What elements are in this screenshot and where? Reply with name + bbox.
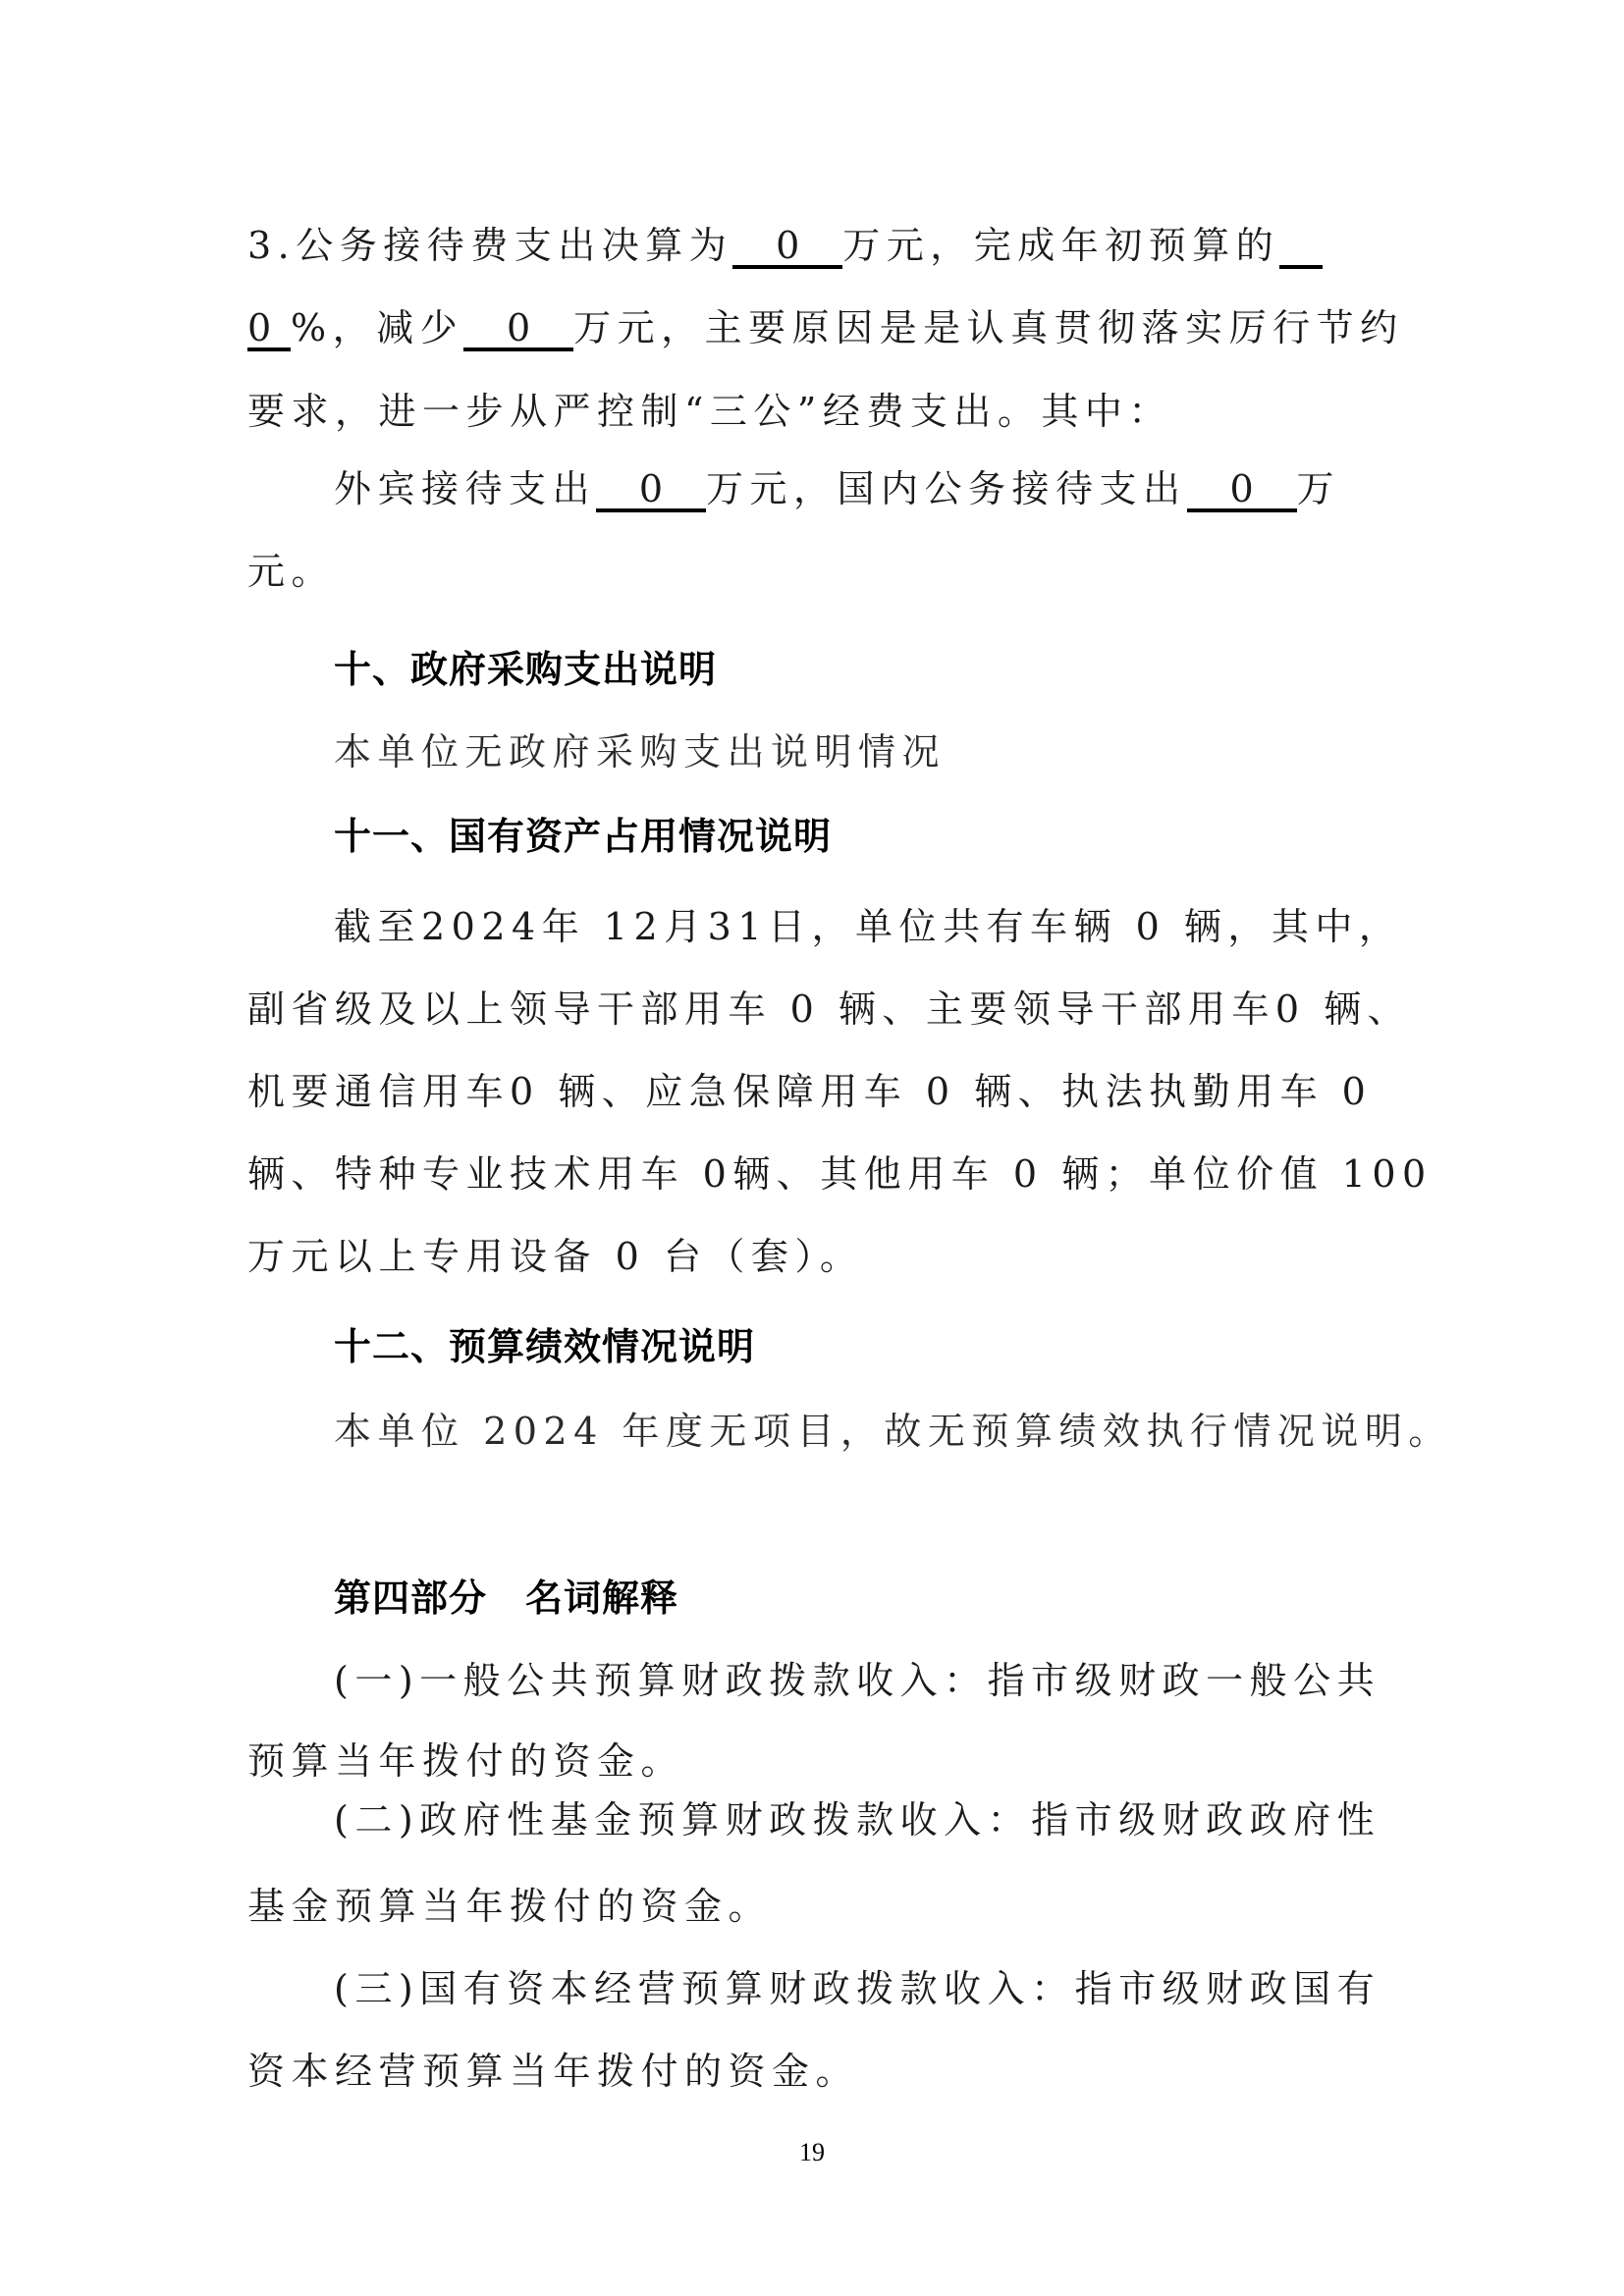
page-number: 19	[0, 2138, 1624, 2167]
section-12-heading: 十二、预算绩效情况说明	[334, 1323, 755, 1370]
entertainment-line-1: 3.公务接待费支出决算为0万元，完成年初预算的	[247, 222, 1323, 269]
section-10-heading: 十、政府采购支出说明	[334, 646, 717, 693]
entertainment-line-4: 外宾接待支出0万元，国内公务接待支出0万	[334, 465, 1340, 512]
term-3-line-1: (三)国有资本经营预算财政拨款收入：指市级财政国有	[334, 1965, 1380, 2012]
part-4-heading: 第四部分 名词解释	[334, 1575, 678, 1622]
asset-line-4: 辆、特种专业技术用车 0辆、其他用车 0 辆；单位价值 100	[247, 1150, 1433, 1198]
foreign-reception-amount: 0	[596, 469, 706, 512]
term-2-line-1: (二)政府性基金预算财政拨款收入：指市级财政政府性	[334, 1796, 1380, 1843]
term-2-line-2: 基金预算当年拨付的资金。	[247, 1883, 772, 1930]
asset-line-2: 副省级及以上领导干部用车 0 辆、主要领导干部用车0 辆、	[247, 986, 1411, 1033]
entertainment-text: 万	[1297, 467, 1341, 510]
document-page: 3.公务接待费支出决算为0万元，完成年初预算的 0%，减少0万元，主要原因是是认…	[0, 0, 1624, 2296]
term-1-line-1: (一)一般公共预算财政拨款收入：指市级财政一般公共	[334, 1657, 1380, 1704]
asset-line-1: 截至2024年 12月31日，单位共有车辆 0 辆，其中，	[334, 903, 1402, 950]
entertainment-line-5: 元。	[247, 548, 335, 595]
entertainment-text: 万元，主要原因是是认真贯彻落实厉行节约	[573, 306, 1404, 349]
blank-underline	[1279, 226, 1323, 269]
entertainment-text: 外宾接待支出	[334, 467, 596, 510]
term-3-line-2: 资本经营预算当年拨付的资金。	[247, 2048, 859, 2095]
entertainment-line-2: 0%，减少0万元，主要原因是是认真贯彻落实厉行节约	[247, 304, 1404, 351]
section-12-body: 本单位 2024 年度无项目，故无预算绩效执行情况说明。	[334, 1408, 1452, 1455]
entertainment-amount: 0	[732, 226, 842, 269]
entertainment-line-3: 要求，进一步从严控制“三公”经费支出。其中：	[247, 388, 1172, 435]
entertainment-percent: 0	[247, 308, 291, 351]
entertainment-text: 3.公务接待费支出决算为	[247, 224, 732, 267]
entertainment-decrease: 0	[463, 308, 573, 351]
entertainment-text: 万元，国内公务接待支出	[706, 467, 1187, 510]
section-10-body: 本单位无政府采购支出说明情况	[334, 728, 946, 775]
term-1-line-2: 预算当年拨付的资金。	[247, 1737, 684, 1785]
entertainment-text: 万元，完成年初预算的	[842, 224, 1279, 267]
section-11-heading: 十一、国有资产占用情况说明	[334, 813, 832, 860]
domestic-reception-amount: 0	[1187, 469, 1297, 512]
entertainment-text: %，减少	[291, 306, 463, 349]
asset-line-3: 机要通信用车0 辆、应急保障用车 0 辆、执法执勤用车 0	[247, 1068, 1372, 1115]
asset-line-5: 万元以上专用设备 0 台（套）。	[247, 1233, 863, 1280]
